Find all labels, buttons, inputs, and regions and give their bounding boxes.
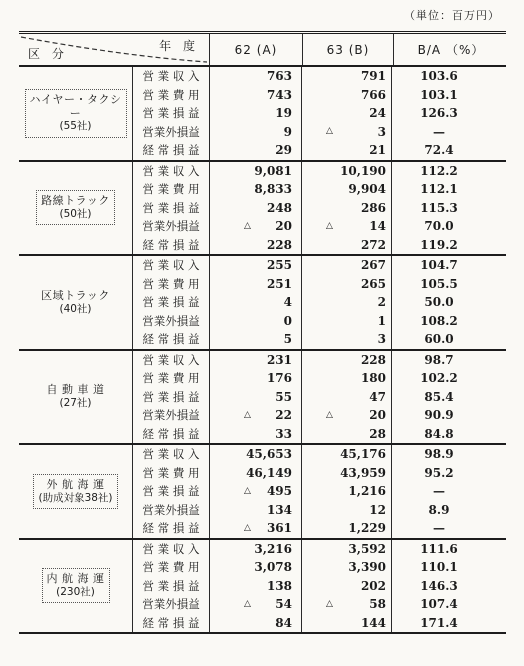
- value-cell-63B: 3,390: [302, 558, 392, 577]
- ratio-cell: 50.0: [392, 293, 506, 312]
- ratio-cell: 115.3: [392, 199, 506, 218]
- group-company-count: (230社): [47, 586, 105, 599]
- value-cell-63B: 791: [302, 67, 392, 86]
- ratio-cell: 110.1: [392, 558, 506, 577]
- value-number: 763: [267, 69, 292, 83]
- value-cell-62A: 84: [210, 614, 302, 633]
- value-number: 176: [267, 371, 292, 385]
- value-cell-63B: 45,176: [302, 445, 392, 464]
- row-label: 営 業 損 益: [133, 577, 210, 596]
- document-page: （単位：百万円） 年 度 区 分 62 (A) 63 (B) B/A （%） ハ…: [0, 0, 524, 666]
- table-row: 営業外損益01108.2: [133, 312, 506, 331]
- ratio-cell: 95.2: [392, 464, 506, 483]
- category-group-2: 路線トラック(50社)営 業 収 入9,08110,190112.2営 業 費 …: [19, 162, 506, 257]
- value-cell-63B: 1: [302, 312, 392, 331]
- table-row: 営 業 損 益554785.4: [133, 388, 506, 407]
- negative-triangle-mark: △: [302, 600, 333, 609]
- ratio-cell: 103.1: [392, 86, 506, 105]
- row-label: 営 業 収 入: [133, 162, 210, 181]
- value-number: 766: [361, 88, 386, 102]
- table-row: 営 業 収 入23122898.7: [133, 351, 506, 370]
- row-label: 営業外損益: [133, 217, 210, 236]
- column-header-ratio: B/A （%）: [394, 34, 508, 65]
- value-cell-63B: 28: [302, 425, 392, 444]
- negative-triangle-mark: △: [210, 487, 251, 496]
- value-cell-63B: 286: [302, 199, 392, 218]
- value-number: 228: [267, 238, 292, 252]
- row-label: 営 業 収 入: [133, 256, 210, 275]
- group-label-cell: 路線トラック(50社): [19, 162, 133, 255]
- group-company-count: (50社): [41, 208, 110, 221]
- value-number: 267: [361, 258, 386, 272]
- row-label: 経 常 損 益: [133, 236, 210, 255]
- table-row: 経 常 損 益228272119.2: [133, 236, 506, 255]
- table-row: 営 業 費 用8,8339,904112.1: [133, 180, 506, 199]
- value-number: 202: [361, 579, 386, 593]
- value-number: 5: [284, 332, 292, 346]
- value-cell-62A: 55: [210, 388, 302, 407]
- value-number: 24: [369, 106, 386, 120]
- negative-triangle-mark: △: [210, 600, 251, 609]
- value-cell-63B: 1,216: [302, 482, 392, 501]
- value-number: 12: [369, 503, 386, 517]
- ratio-cell: 126.3: [392, 104, 506, 123]
- value-cell-62A: 248: [210, 199, 302, 218]
- value-number: 265: [361, 277, 386, 291]
- value-cell-63B: 47: [302, 388, 392, 407]
- group-name: 外 航 海 運: [38, 478, 112, 492]
- value-cell-63B: 3,592: [302, 540, 392, 559]
- row-label: 営 業 収 入: [133, 67, 210, 86]
- ratio-cell: 60.0: [392, 330, 506, 349]
- row-label: 営 業 費 用: [133, 180, 210, 199]
- table-row: 営 業 収 入255267104.7: [133, 256, 506, 275]
- value-cell-62A: 3,216: [210, 540, 302, 559]
- value-cell-62A: 176: [210, 369, 302, 388]
- value-number: 9,904: [348, 182, 386, 196]
- value-number: 29: [275, 143, 292, 157]
- negative-triangle-mark: △: [302, 411, 333, 420]
- row-label: 経 常 損 益: [133, 330, 210, 349]
- value-number: 58: [369, 597, 386, 611]
- group-rows: 営 業 収 入763791103.6営 業 費 用743766103.1営 業 …: [133, 67, 506, 160]
- value-number: 22: [275, 408, 292, 422]
- table-row: 営 業 費 用176180102.2: [133, 369, 506, 388]
- table-row: 営 業 費 用3,0783,390110.1: [133, 558, 506, 577]
- value-cell-62A: 5: [210, 330, 302, 349]
- group-name: 自 動 車 道: [47, 383, 105, 397]
- value-cell-62A: 33: [210, 425, 302, 444]
- ratio-cell: 104.7: [392, 256, 506, 275]
- group-company-count: (40社): [41, 303, 110, 316]
- row-label: 営 業 損 益: [133, 482, 210, 501]
- group-company-count: (27社): [47, 397, 105, 410]
- value-number: 1,229: [348, 521, 386, 535]
- negative-triangle-mark: △: [302, 127, 333, 136]
- value-cell-62A: 743: [210, 86, 302, 105]
- ratio-cell: 112.2: [392, 162, 506, 181]
- value-number: 19: [275, 106, 292, 120]
- value-number: 9,081: [254, 164, 292, 178]
- row-label: 営 業 損 益: [133, 293, 210, 312]
- group-rows: 営 業 収 入3,2163,592111.6営 業 費 用3,0783,3901…: [133, 540, 506, 633]
- value-cell-63B: △20: [302, 406, 392, 425]
- ratio-cell: 98.9: [392, 445, 506, 464]
- group-name: 路線トラック: [41, 194, 110, 208]
- row-label: 経 常 損 益: [133, 425, 210, 444]
- value-cell-62A: 3,078: [210, 558, 302, 577]
- negative-triangle-mark: △: [210, 524, 251, 533]
- value-number: 10,190: [340, 164, 386, 178]
- group-name: 区域トラック: [41, 289, 110, 303]
- value-cell-63B: 1,229: [302, 519, 392, 538]
- value-number: 3,216: [254, 542, 292, 556]
- value-cell-62A: 29: [210, 141, 302, 160]
- table-row: 営業外損益△22△2090.9: [133, 406, 506, 425]
- ratio-cell: 111.6: [392, 540, 506, 559]
- row-label: 営業外損益: [133, 406, 210, 425]
- value-cell-62A: 763: [210, 67, 302, 86]
- category-group-6: 内 航 海 運(230社)営 業 収 入3,2163,592111.6営 業 費…: [19, 540, 506, 633]
- value-cell-62A: △495: [210, 482, 302, 501]
- group-rows: 営 業 収 入9,08110,190112.2営 業 費 用8,8339,904…: [133, 162, 506, 255]
- table-row: 経 常 損 益△3611,229—: [133, 519, 506, 538]
- table-row: 経 常 損 益84144171.4: [133, 614, 506, 633]
- financial-results-table: 年 度 区 分 62 (A) 63 (B) B/A （%） ハイヤー・タクシー(…: [19, 31, 506, 634]
- value-cell-63B: 10,190: [302, 162, 392, 181]
- row-label: 営 業 収 入: [133, 445, 210, 464]
- value-number: 9: [284, 125, 292, 139]
- group-label-box: 自 動 車 道(27社): [43, 380, 109, 413]
- value-number: 55: [275, 390, 292, 404]
- table-row: 営業外損益△20△1470.0: [133, 217, 506, 236]
- value-cell-62A: △20: [210, 217, 302, 236]
- value-cell-62A: 9,081: [210, 162, 302, 181]
- group-rows: 営 業 収 入23122898.7営 業 費 用176180102.2営 業 損…: [133, 351, 506, 444]
- negative-triangle-mark: △: [210, 411, 251, 420]
- negative-triangle-mark: △: [210, 222, 251, 231]
- table-row: 営 業 収 入9,08110,190112.2: [133, 162, 506, 181]
- group-rows: 営 業 収 入255267104.7営 業 費 用251265105.5営 業 …: [133, 256, 506, 349]
- header-corner-category-label: 区 分: [28, 45, 68, 62]
- value-number: 43,959: [340, 466, 386, 480]
- value-number: 180: [361, 371, 386, 385]
- row-label: 営 業 費 用: [133, 369, 210, 388]
- ratio-cell: 70.0: [392, 217, 506, 236]
- negative-triangle-mark: △: [302, 222, 333, 231]
- ratio-cell: 85.4: [392, 388, 506, 407]
- value-cell-62A: 134: [210, 501, 302, 520]
- value-number: 361: [267, 521, 292, 535]
- value-number: 138: [267, 579, 292, 593]
- table-row: 営 業 損 益138202146.3: [133, 577, 506, 596]
- row-label: 経 常 損 益: [133, 519, 210, 538]
- row-label: 営 業 損 益: [133, 104, 210, 123]
- value-number: 20: [369, 408, 386, 422]
- value-number: 495: [267, 484, 292, 498]
- table-row: 営 業 費 用251265105.5: [133, 275, 506, 294]
- row-label: 営 業 収 入: [133, 540, 210, 559]
- ratio-cell: 72.4: [392, 141, 506, 160]
- group-label-box: 区域トラック(40社): [37, 286, 114, 319]
- value-number: 791: [361, 69, 386, 83]
- value-cell-63B: △14: [302, 217, 392, 236]
- value-cell-62A: 46,149: [210, 464, 302, 483]
- ratio-cell: 108.2: [392, 312, 506, 331]
- value-number: 47: [369, 390, 386, 404]
- value-number: 272: [361, 238, 386, 252]
- table-row: 経 常 損 益292172.4: [133, 141, 506, 160]
- ratio-cell: 105.5: [392, 275, 506, 294]
- group-label-box: 外 航 海 運(助成対象38社): [33, 474, 117, 509]
- ratio-cell: —: [392, 123, 506, 142]
- value-cell-63B: 180: [302, 369, 392, 388]
- table-row: 営 業 損 益4250.0: [133, 293, 506, 312]
- value-number: 14: [369, 219, 386, 233]
- value-cell-63B: 272: [302, 236, 392, 255]
- value-cell-63B: 228: [302, 351, 392, 370]
- category-group-5: 外 航 海 運(助成対象38社)営 業 収 入45,65345,17698.9営…: [19, 445, 506, 540]
- row-label: 経 常 損 益: [133, 141, 210, 160]
- unit-label: （単位：百万円）: [404, 7, 500, 23]
- value-cell-63B: △58: [302, 595, 392, 614]
- value-number: 84: [275, 616, 292, 630]
- ratio-cell: 171.4: [392, 614, 506, 633]
- table-body: ハイヤー・タクシー(55社)営 業 収 入763791103.6営 業 費 用7…: [19, 67, 506, 632]
- ratio-cell: 146.3: [392, 577, 506, 596]
- value-cell-63B: 21: [302, 141, 392, 160]
- group-name: ハイヤー・タクシー: [30, 93, 122, 121]
- value-cell-62A: △361: [210, 519, 302, 538]
- group-label-box: 路線トラック(50社): [36, 190, 115, 225]
- value-number: 3,390: [348, 560, 386, 574]
- group-label-cell: 区域トラック(40社): [19, 256, 133, 349]
- ratio-cell: —: [392, 519, 506, 538]
- group-company-count: (55社): [30, 120, 122, 133]
- category-group-1: ハイヤー・タクシー(55社)営 業 収 入763791103.6営 業 費 用7…: [19, 67, 506, 162]
- value-cell-62A: 9: [210, 123, 302, 142]
- value-number: 21: [369, 143, 386, 157]
- ratio-cell: 8.9: [392, 501, 506, 520]
- value-number: 45,653: [246, 447, 292, 461]
- value-number: 33: [275, 427, 292, 441]
- ratio-cell: 90.9: [392, 406, 506, 425]
- row-label: 営 業 損 益: [133, 199, 210, 218]
- value-cell-62A: 255: [210, 256, 302, 275]
- value-number: 255: [267, 258, 292, 272]
- value-number: 4: [284, 295, 292, 309]
- value-number: 3,592: [348, 542, 386, 556]
- value-cell-62A: 8,833: [210, 180, 302, 199]
- group-label-cell: 外 航 海 運(助成対象38社): [19, 445, 133, 538]
- row-label: 営業外損益: [133, 123, 210, 142]
- table-row: 営 業 収 入3,2163,592111.6: [133, 540, 506, 559]
- value-number: 20: [275, 219, 292, 233]
- ratio-cell: 119.2: [392, 236, 506, 255]
- value-number: 1,216: [348, 484, 386, 498]
- table-row: 経 常 損 益5360.0: [133, 330, 506, 349]
- row-label: 営 業 費 用: [133, 558, 210, 577]
- column-header-62A: 62 (A): [210, 34, 303, 65]
- value-cell-63B: 265: [302, 275, 392, 294]
- value-cell-63B: 3: [302, 330, 392, 349]
- table-row: 営 業 損 益1924126.3: [133, 104, 506, 123]
- value-cell-63B: 202: [302, 577, 392, 596]
- group-label-cell: 内 航 海 運(230社): [19, 540, 133, 633]
- group-label-cell: 自 動 車 道(27社): [19, 351, 133, 444]
- value-number: 251: [267, 277, 292, 291]
- value-number: 46,149: [246, 466, 292, 480]
- group-name: 内 航 海 運: [47, 572, 105, 586]
- value-number: 743: [267, 88, 292, 102]
- category-group-3: 区域トラック(40社)営 業 収 入255267104.7営 業 費 用2512…: [19, 256, 506, 351]
- value-number: 231: [267, 353, 292, 367]
- value-number: 45,176: [340, 447, 386, 461]
- value-number: 144: [361, 616, 386, 630]
- value-number: 0: [284, 314, 292, 328]
- value-number: 134: [267, 503, 292, 517]
- value-cell-62A: 228: [210, 236, 302, 255]
- table-row: 営業外損益134128.9: [133, 501, 506, 520]
- value-number: 1: [378, 314, 386, 328]
- row-label: 営業外損益: [133, 312, 210, 331]
- row-label: 営 業 収 入: [133, 351, 210, 370]
- group-label-cell: ハイヤー・タクシー(55社): [19, 67, 133, 160]
- table-row: 営 業 費 用46,14943,95995.2: [133, 464, 506, 483]
- value-cell-63B: 24: [302, 104, 392, 123]
- table-row: 営 業 収 入763791103.6: [133, 67, 506, 86]
- value-number: 3,078: [254, 560, 292, 574]
- value-cell-62A: 251: [210, 275, 302, 294]
- value-number: 8,833: [254, 182, 292, 196]
- table-header-row: 年 度 区 分 62 (A) 63 (B) B/A （%）: [19, 34, 506, 67]
- value-number: 286: [361, 201, 386, 215]
- value-cell-63B: 43,959: [302, 464, 392, 483]
- value-cell-62A: △54: [210, 595, 302, 614]
- value-cell-62A: △22: [210, 406, 302, 425]
- value-cell-62A: 19: [210, 104, 302, 123]
- ratio-cell: 112.1: [392, 180, 506, 199]
- value-number: 248: [267, 201, 292, 215]
- group-company-count: (助成対象38社): [38, 492, 112, 505]
- value-cell-63B: 12: [302, 501, 392, 520]
- value-number: 228: [361, 353, 386, 367]
- header-corner-cell: 年 度 区 分: [19, 34, 210, 65]
- group-rows: 営 業 収 入45,65345,17698.9営 業 費 用46,14943,9…: [133, 445, 506, 538]
- group-label-box: 内 航 海 運(230社): [42, 568, 110, 603]
- category-group-4: 自 動 車 道(27社)営 業 収 入23122898.7営 業 費 用1761…: [19, 351, 506, 446]
- ratio-cell: 84.8: [392, 425, 506, 444]
- value-cell-63B: 2: [302, 293, 392, 312]
- value-cell-62A: 0: [210, 312, 302, 331]
- ratio-cell: —: [392, 482, 506, 501]
- value-number: 28: [369, 427, 386, 441]
- value-cell-62A: 45,653: [210, 445, 302, 464]
- row-label: 営 業 費 用: [133, 86, 210, 105]
- row-label: 営 業 費 用: [133, 275, 210, 294]
- ratio-cell: 103.6: [392, 67, 506, 86]
- value-cell-62A: 4: [210, 293, 302, 312]
- value-number: 54: [275, 597, 292, 611]
- table-row: 営 業 損 益△4951,216—: [133, 482, 506, 501]
- value-cell-63B: 144: [302, 614, 392, 633]
- row-label: 営 業 費 用: [133, 464, 210, 483]
- group-label-box: ハイヤー・タクシー(55社): [25, 89, 127, 138]
- table-row: 営 業 損 益248286115.3: [133, 199, 506, 218]
- table-row: 営 業 費 用743766103.1: [133, 86, 506, 105]
- value-cell-63B: △3: [302, 123, 392, 142]
- column-header-63B: 63 (B): [303, 34, 394, 65]
- table-row: 経 常 損 益332884.8: [133, 425, 506, 444]
- header-corner-fiscal-year-label: 年 度: [159, 37, 199, 54]
- row-label: 営業外損益: [133, 595, 210, 614]
- ratio-cell: 98.7: [392, 351, 506, 370]
- table-row: 営業外損益△54△58107.4: [133, 595, 506, 614]
- table-row: 営 業 収 入45,65345,17698.9: [133, 445, 506, 464]
- row-label: 営 業 損 益: [133, 388, 210, 407]
- value-number: 3: [378, 125, 386, 139]
- value-cell-62A: 138: [210, 577, 302, 596]
- table-row: 営業外損益9△3—: [133, 123, 506, 142]
- row-label: 経 常 損 益: [133, 614, 210, 633]
- value-cell-63B: 766: [302, 86, 392, 105]
- value-cell-62A: 231: [210, 351, 302, 370]
- value-number: 3: [378, 332, 386, 346]
- value-number: 2: [378, 295, 386, 309]
- row-label: 営業外損益: [133, 501, 210, 520]
- ratio-cell: 107.4: [392, 595, 506, 614]
- value-cell-63B: 267: [302, 256, 392, 275]
- value-cell-63B: 9,904: [302, 180, 392, 199]
- ratio-cell: 102.2: [392, 369, 506, 388]
